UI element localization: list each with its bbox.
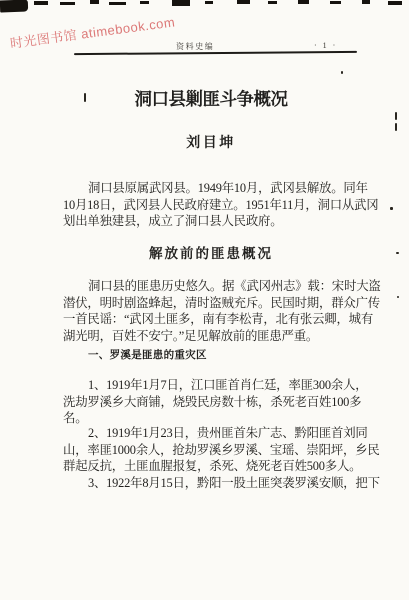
- body-line: 一首民谣：“武冈土匪多，南有李松青，北有张云卿，城有: [63, 309, 373, 327]
- scan-artifact: [390, 207, 393, 210]
- body-line: 划出单独建县，成立了洞口县人民政府。: [63, 211, 282, 229]
- body-line: 1、1919年1月7日，江口匪首肖仁廷，率匪300余人，: [63, 375, 367, 393]
- subsection-heading: 一、罗溪是匪患的重灾区: [88, 347, 207, 362]
- scan-artifact: [84, 93, 86, 102]
- section-heading: 解放前的匪患概况: [63, 242, 359, 262]
- scan-artifact: [396, 252, 399, 254]
- header-rule: [74, 51, 357, 55]
- page-number: · 1 ·: [314, 41, 337, 50]
- running-head-title: 资料史编: [176, 41, 214, 52]
- scan-artifact: [397, 296, 399, 298]
- body-line: 湖光明，百姓不安宁。”足见解放前的匪患严重。: [63, 326, 318, 344]
- scanned-document-page: 时光图书馆 atimebook.com 资料史编 · 1 · 洞口县剿匪斗争概况…: [0, 0, 409, 600]
- scan-artifact: [237, 0, 250, 4]
- scan-artifact: [109, 2, 126, 5]
- scan-artifact: [0, 0, 28, 12]
- scan-artifact: [362, 0, 370, 4]
- scan-artifact: [395, 112, 397, 120]
- body-line: 群起反抗，土匪血腥报复，杀死、烧死老百姓500多人。: [63, 456, 361, 474]
- body-line: 3、1922年8月15日，黔阳一股土匪突袭罗溪安顺，把下: [63, 473, 380, 491]
- scan-artifact: [395, 123, 397, 131]
- scan-artifact: [60, 2, 75, 5]
- body-line: 洗劫罗溪乡大商铺，烧毁民房数十栋，杀死老百姓100多: [63, 392, 361, 410]
- scan-artifact: [205, 1, 213, 4]
- article-title: 洞口县剿匪斗争概况: [63, 86, 359, 111]
- author-name: 刘目坤: [63, 132, 359, 152]
- scan-artifact: [172, 0, 190, 6]
- scan-artifact: [90, 0, 99, 4]
- scan-artifact: [341, 71, 343, 74]
- body-line: 2、1919年1月23日，贵州匪首朱广志、黔阳匪首刘同: [63, 423, 368, 441]
- body-line: 洞口县原属武冈县。1949年10月，武冈县解放。同年: [63, 178, 368, 196]
- scan-artifact: [330, 1, 341, 4]
- scan-artifact: [388, 1, 402, 5]
- watermark-text: 时光图书馆 atimebook.com: [9, 11, 176, 52]
- scan-artifact: [140, 1, 149, 4]
- scan-artifact: [298, 0, 309, 4]
- scan-artifact: [268, 1, 277, 4]
- body-line: 洞口县的匪患历史悠久。据《武冈州志》载：宋时大盗: [63, 276, 381, 294]
- scan-artifact: [34, 1, 48, 5]
